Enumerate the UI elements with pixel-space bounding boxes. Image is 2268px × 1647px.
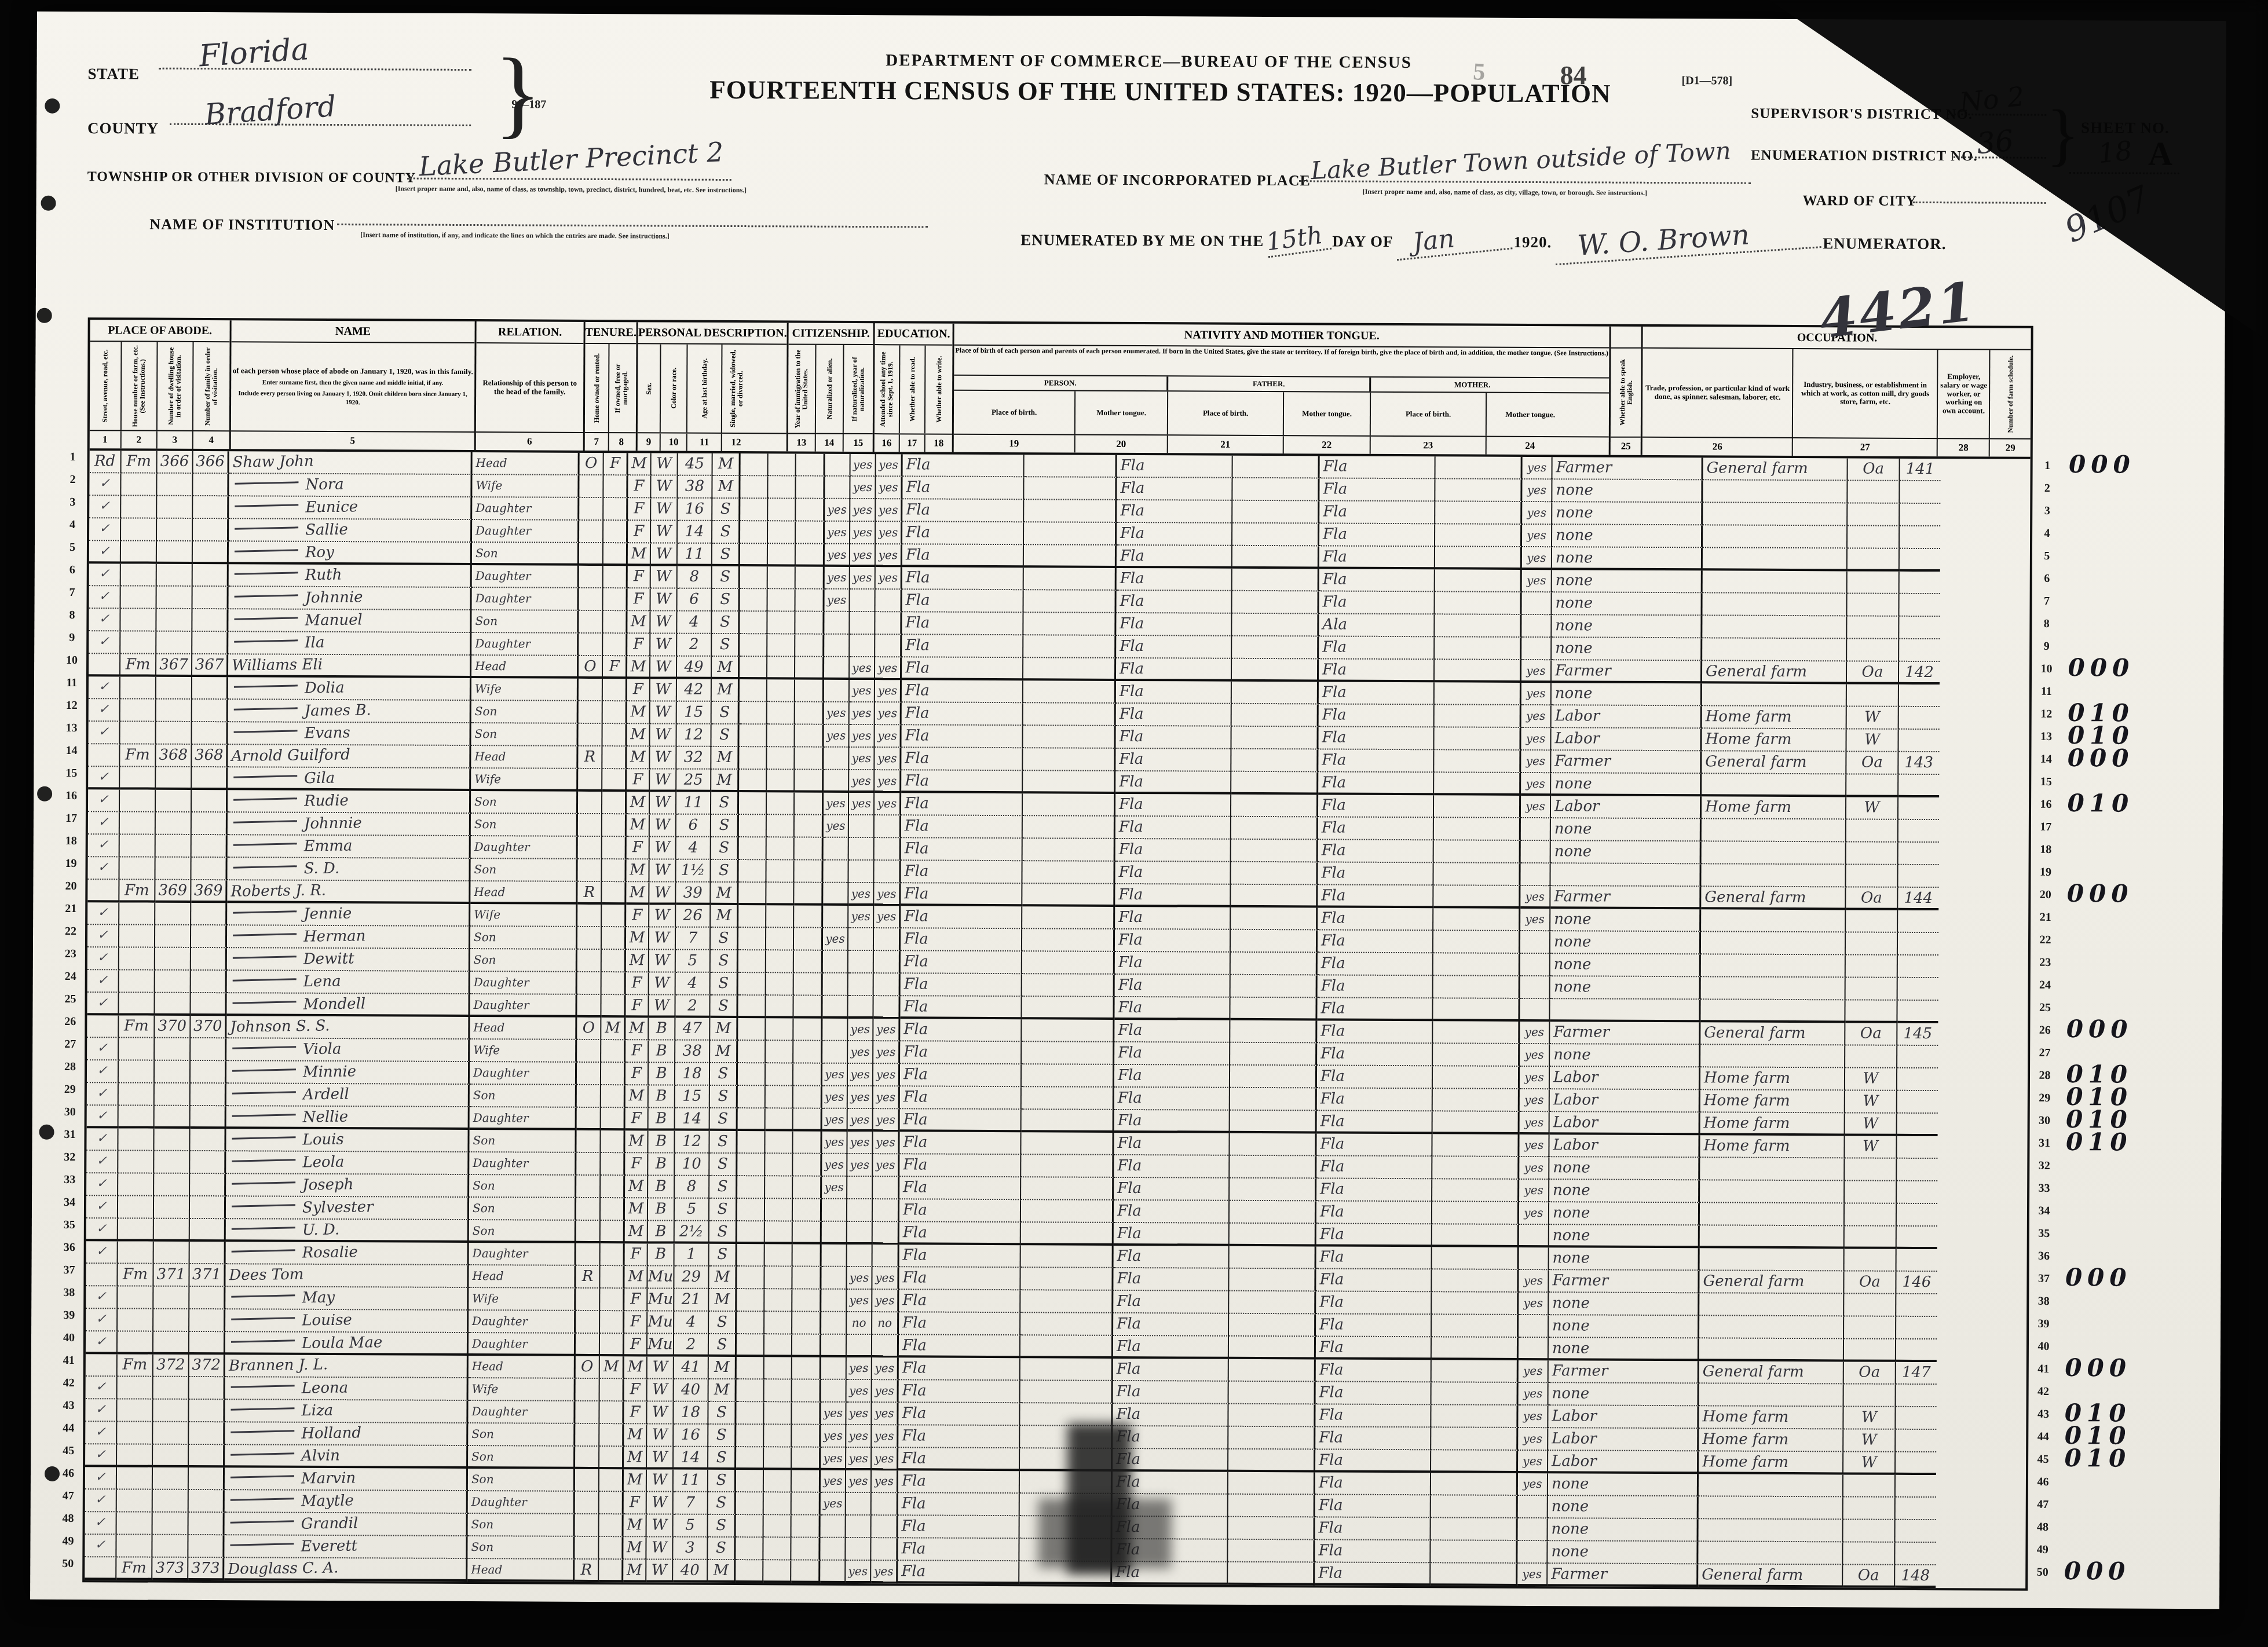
cell-dwelling <box>154 1174 190 1196</box>
cell-age: 15 <box>675 1086 710 1108</box>
cell-fmt <box>1232 682 1319 705</box>
cell-race: W <box>648 1356 674 1379</box>
cell-mmt <box>1435 502 1522 525</box>
cell-name: Loula Mae <box>225 1332 469 1356</box>
cell-street: ✓ <box>89 609 120 631</box>
line-number-left-38: 38 <box>54 1282 83 1304</box>
cell-dwelling <box>153 1332 189 1355</box>
cell-age: 38 <box>678 476 712 499</box>
cell-mpob: Fla <box>1318 817 1434 840</box>
line-number-right-24: 24 <box>2031 974 2060 997</box>
cell-own <box>577 1063 601 1085</box>
cell-mpob: Fla <box>1316 1337 1432 1360</box>
cell-house <box>119 1083 155 1106</box>
cell-school <box>822 996 848 1019</box>
cell-ind: General farm <box>1700 1022 1845 1045</box>
cell-imm <box>740 679 767 702</box>
cell-eng: yes <box>1521 660 1552 683</box>
margin-stamp-20: 000 <box>2060 884 2159 907</box>
cell-farm <box>1898 797 1939 820</box>
cell-mpob: Fla <box>1318 795 1434 818</box>
incorporated-value: Lake Butler Town outside of Town <box>1310 137 1732 185</box>
cell-emp: W <box>1846 729 1898 752</box>
cell-read <box>847 1335 872 1357</box>
cell-fmt <box>1229 1314 1316 1337</box>
cell-pob: Fla <box>901 928 1022 951</box>
cell-ind: Home farm <box>1702 796 1846 819</box>
cell-nat <box>766 1018 793 1041</box>
cell-own <box>575 1514 599 1537</box>
cell-nat <box>766 1086 793 1108</box>
cell-ind <box>1699 1316 1844 1339</box>
cell-mt <box>1020 1381 1113 1404</box>
cell-nat <box>766 1108 793 1131</box>
cell-mort <box>599 1492 624 1514</box>
cell-mort <box>600 1379 624 1401</box>
cell-emp <box>1845 1226 1897 1249</box>
cell-emp <box>1843 1520 1895 1542</box>
line-number-left-37: 37 <box>54 1259 83 1282</box>
cell-own <box>578 814 602 837</box>
institution-note: [Insert name of institution, if any, and… <box>360 230 928 241</box>
cell-race: W <box>650 792 676 814</box>
cell-mar: M <box>712 657 740 679</box>
cell-street: ✓ <box>87 1106 119 1128</box>
cell-house <box>119 970 155 993</box>
cell-fpob: Fla <box>1115 726 1231 749</box>
cell-age: 40 <box>674 1379 709 1402</box>
cell-mort <box>603 566 628 588</box>
cell-fpob: Fla <box>1113 1313 1229 1337</box>
cell-age: 10 <box>675 1154 709 1176</box>
cell-mar: M <box>712 476 740 499</box>
cell-mpob: Fla <box>1318 840 1434 863</box>
cell-name: Manuel <box>228 609 471 633</box>
cell-fmt <box>1231 840 1318 863</box>
cell-mar: S <box>711 950 738 973</box>
cell-nat <box>764 1357 792 1379</box>
cell-house <box>121 563 157 586</box>
cell-fpob: Fla <box>1114 1133 1230 1156</box>
cell-pob: Fla <box>901 838 1023 861</box>
cell-farm <box>1899 639 1940 662</box>
cell-dwelling: 369 <box>155 880 191 903</box>
margin-stamp-10: 000 <box>2061 658 2159 681</box>
margin-stamp-26: 000 <box>2060 1019 2158 1042</box>
cell-own: O <box>576 1356 600 1379</box>
cell-sex: M <box>627 656 650 679</box>
cell-emp: W <box>1845 1136 1897 1158</box>
incorporated-note: [Insert proper name and, also, name of c… <box>1363 188 1768 198</box>
cell-fmt <box>1228 1562 1315 1586</box>
cell-mmt <box>1432 1382 1519 1406</box>
cell-eng: yes <box>1519 1202 1549 1225</box>
cell-imm <box>738 860 766 883</box>
cell-farm <box>1896 1475 1936 1498</box>
cell-fpob: Fla <box>1114 1178 1230 1201</box>
cell-imm <box>738 1041 766 1063</box>
cell-street: ✓ <box>85 1489 117 1512</box>
cell-fpob: Fla <box>1115 907 1231 930</box>
cell-street: ✓ <box>85 1512 117 1535</box>
cell-imm <box>741 453 769 476</box>
cell-mpob: Fla <box>1316 1178 1432 1202</box>
cell-rel: Wife <box>469 1378 576 1401</box>
cell-dwelling <box>155 903 191 925</box>
cell-write: yes <box>872 1470 898 1493</box>
cell-ind: Home farm <box>1700 1090 1845 1113</box>
margin-stamp-14: 000 <box>2061 748 2159 771</box>
cell-write: yes <box>873 1109 900 1132</box>
margin-stamp-8 <box>2061 613 2160 636</box>
cell-read <box>847 1177 873 1199</box>
cell-family: 366 <box>193 451 229 474</box>
cell-race: W <box>650 611 677 634</box>
cell-mar: S <box>711 860 738 883</box>
cell-mpob: Ala <box>1319 614 1435 637</box>
cell-occ: Farmer <box>1550 886 1701 909</box>
cell-natyr <box>794 973 823 995</box>
cell-rel: Son <box>471 814 578 837</box>
cell-read <box>847 1245 873 1267</box>
cell-mt <box>1020 1313 1113 1336</box>
cell-school <box>824 612 850 635</box>
cell-own <box>577 905 602 927</box>
cell-own <box>579 701 603 724</box>
cell-school: yes <box>824 590 850 612</box>
cell-name: Johnnie <box>228 587 471 610</box>
cell-imm <box>737 1334 764 1357</box>
cell-nat <box>766 1041 793 1063</box>
cell-mmt <box>1432 1202 1519 1225</box>
cell-pob: Fla <box>900 1086 1022 1110</box>
cell-house <box>118 1196 154 1218</box>
cell-ind <box>1698 1519 1843 1542</box>
cell-school <box>821 1357 847 1380</box>
cell-natyr <box>795 702 824 724</box>
cell-fpob: Fla <box>1116 704 1232 727</box>
line-number-left-44: 44 <box>54 1417 83 1440</box>
cell-street: ✓ <box>85 1535 116 1557</box>
cell-street: ✓ <box>85 1444 117 1467</box>
cell-race: W <box>647 1492 674 1514</box>
cell-occ: none <box>1552 615 1702 638</box>
plate-code: [D1—578] <box>1681 74 1732 87</box>
line-number-right-42: 42 <box>2029 1381 2058 1403</box>
cell-fpob: Fla <box>1113 1291 1229 1314</box>
cell-race: B <box>648 1198 675 1221</box>
cell-mpob: Fla <box>1315 1495 1431 1518</box>
cell-imm <box>740 476 768 499</box>
cell-mt <box>1023 816 1115 839</box>
cell-mt <box>1023 703 1116 726</box>
cell-mort <box>602 814 627 837</box>
cell-mort <box>602 724 627 746</box>
cell-mort <box>603 634 627 656</box>
cell-family <box>191 1038 226 1061</box>
cell-house <box>118 1173 154 1196</box>
cell-rel: Son <box>469 1198 576 1221</box>
cell-family: 367 <box>192 654 228 677</box>
cell-rel: Wife <box>472 475 579 498</box>
cell-family <box>192 609 228 632</box>
cell-imm <box>738 973 766 995</box>
cell-pob: Fla <box>899 1177 1021 1200</box>
cell-farm <box>1899 707 1940 730</box>
cell-name: Emma <box>228 835 471 859</box>
cell-mmt <box>1435 547 1522 570</box>
cell-nat <box>768 566 796 589</box>
enumeration-district-label: Enumeration District No. <box>1751 148 1978 165</box>
cell-imm <box>737 1357 764 1379</box>
cell-read: yes <box>851 454 876 477</box>
line-number-left-7: 7 <box>58 581 87 604</box>
cell-emp <box>1845 1045 1897 1068</box>
margin-stamp-45: 010 <box>2057 1448 2156 1472</box>
cell-race: W <box>649 995 675 1018</box>
cell-family <box>190 1129 226 1151</box>
cell-race: Mu <box>648 1289 674 1311</box>
cell-write: yes <box>875 770 901 793</box>
cell-mar: S <box>712 702 740 724</box>
cell-occ: none <box>1550 931 1701 954</box>
cell-sex: F <box>624 1492 647 1514</box>
cell-eng: yes <box>1520 1067 1550 1089</box>
cell-read: yes <box>848 906 874 928</box>
cell-dwelling <box>153 1309 189 1332</box>
line-number-right-27: 27 <box>2031 1042 2060 1064</box>
line-number-right-28: 28 <box>2030 1064 2059 1087</box>
cell-dwelling <box>153 1490 189 1513</box>
cell-occ: none <box>1549 1247 1700 1271</box>
line-number-left-3: 3 <box>58 491 87 514</box>
cell-mort <box>601 1243 625 1266</box>
cell-house <box>118 1286 153 1309</box>
cell-family <box>192 767 228 790</box>
cell-write: yes <box>872 1267 899 1290</box>
cell-read: yes <box>847 1290 872 1312</box>
cell-mmt <box>1432 1156 1519 1180</box>
cell-house <box>119 857 155 880</box>
cell-street: ✓ <box>86 1151 118 1173</box>
line-number-left-46: 46 <box>54 1462 83 1485</box>
cell-sex: F <box>628 566 651 588</box>
line-number-left-16: 16 <box>57 785 86 807</box>
cell-eng <box>1519 1315 1549 1338</box>
cell-own <box>577 995 601 1018</box>
cell-write: yes <box>875 680 902 702</box>
cell-pob: Fla <box>900 1041 1022 1064</box>
cell-emp <box>1847 684 1899 707</box>
cell-own <box>577 1085 601 1108</box>
cell-name: Dees Tom <box>225 1264 469 1288</box>
cell-family <box>189 1445 225 1467</box>
cell-name: Eunice <box>229 496 472 520</box>
cell-house: Fm <box>116 1557 152 1580</box>
cell-fmt <box>1231 975 1318 998</box>
cell-pob: Fla <box>900 996 1022 1019</box>
cell-rel: Daughter <box>471 633 579 656</box>
cell-imm <box>737 1154 765 1176</box>
cell-school <box>821 1335 847 1357</box>
cell-mpob: Fla <box>1319 546 1435 569</box>
cell-name: Shaw John <box>229 451 473 475</box>
cell-race: B <box>648 1243 675 1266</box>
cell-school: yes <box>824 815 849 838</box>
cell-nat <box>766 905 794 928</box>
cell-mar: M <box>713 453 741 476</box>
cell-mort <box>599 1514 624 1537</box>
cell-mmt <box>1433 1066 1520 1089</box>
cell-family <box>189 1400 225 1422</box>
cell-house: Fm <box>118 1354 153 1377</box>
line-number-right-30: 30 <box>2030 1110 2059 1132</box>
cell-mmt <box>1435 569 1522 592</box>
line-number-left-9: 9 <box>57 627 86 649</box>
cell-name: Ruth <box>229 564 472 588</box>
cell-occ: none <box>1549 1338 1699 1361</box>
cell-family <box>189 1287 225 1309</box>
cell-house: Fm <box>120 654 156 676</box>
cell-age: 2 <box>677 634 712 657</box>
line-number-left-6: 6 <box>58 559 87 581</box>
cell-name: Arnold Guilford <box>228 745 471 768</box>
cell-mt <box>1023 680 1116 704</box>
cell-house <box>120 767 156 789</box>
cell-street <box>87 880 119 902</box>
cell-ind <box>1699 1474 1843 1497</box>
cell-rel: Daughter <box>472 497 579 521</box>
cell-emp <box>1846 842 1898 865</box>
cell-mort: F <box>604 453 628 475</box>
cell-rel: Son <box>471 791 578 814</box>
group-personal-description-title: PERSONAL DESCRIPTION. <box>638 322 787 345</box>
cell-natyr <box>794 860 823 883</box>
cell-school <box>821 1312 847 1335</box>
line-number-left-10: 10 <box>57 649 86 672</box>
cell-own <box>578 837 602 859</box>
cell-eng: yes <box>1517 1564 1548 1586</box>
punch-hole <box>37 308 52 323</box>
cell-mar: M <box>709 1267 737 1289</box>
cell-occ: none <box>1548 1518 1698 1542</box>
cell-mpob: Fla <box>1316 1382 1432 1405</box>
cell-pob: Fla <box>902 477 1024 500</box>
cell-fpob: Fla <box>1116 591 1232 614</box>
cell-mort <box>603 521 628 543</box>
cell-mort <box>603 543 628 566</box>
cell-imm <box>740 566 768 589</box>
line-number-left-47: 47 <box>54 1485 83 1507</box>
cell-farm <box>1899 594 1940 617</box>
cell-ind: Home farm <box>1700 1067 1845 1090</box>
cell-mar: S <box>709 1334 737 1357</box>
cell-natyr <box>793 1108 822 1131</box>
cell-emp <box>1845 1158 1897 1181</box>
cell-house: Fm <box>122 451 158 473</box>
cell-fmt <box>1230 1201 1316 1224</box>
cell-nat <box>766 950 794 973</box>
cell-rel: Son <box>468 1514 575 1537</box>
cell-natyr <box>793 1018 822 1041</box>
line-number-right-18: 18 <box>2031 839 2060 861</box>
cell-family <box>192 587 228 609</box>
cell-imm <box>738 1063 766 1086</box>
cell-street: ✓ <box>86 1218 118 1241</box>
cell-emp: Oa <box>1847 661 1899 684</box>
cell-age: 47 <box>675 1018 710 1041</box>
cell-name: Sallie <box>229 519 472 543</box>
cell-family <box>190 1242 226 1264</box>
margin-stamp-1: 000 <box>2062 455 2160 478</box>
cell-street: ✓ <box>87 1060 119 1083</box>
cell-eng: yes <box>1522 457 1552 480</box>
cell-imm <box>738 1108 766 1131</box>
cell-nat <box>764 1267 792 1289</box>
cell-fpob: Fla <box>1115 975 1231 998</box>
cell-mpob: Fla <box>1319 524 1435 547</box>
cell-pob: Fla <box>902 499 1024 522</box>
cell-nat <box>766 995 793 1018</box>
cell-mort <box>601 995 625 1018</box>
cell-mpob: Fla <box>1319 704 1435 727</box>
cell-occ: none <box>1549 1383 1699 1406</box>
cell-race: W <box>650 634 677 656</box>
cell-ind <box>1699 1338 1844 1361</box>
cell-name: Dewitt <box>227 948 470 972</box>
cell-farm: 141 <box>1900 459 1940 481</box>
cell-mmt <box>1432 1224 1519 1247</box>
cell-read <box>849 815 875 838</box>
cell-family <box>190 1151 226 1174</box>
cell-farm <box>1898 956 1938 978</box>
cell-write <box>872 1516 898 1538</box>
cell-pob: Fla <box>903 454 1025 477</box>
cell-name: Louis <box>226 1129 469 1152</box>
cell-mort <box>601 1153 625 1176</box>
cell-farm <box>1900 526 1940 549</box>
cell-mt <box>1020 1290 1113 1313</box>
cell-age: 7 <box>676 928 711 950</box>
cell-pob: Fla <box>899 1199 1021 1223</box>
cell-own <box>576 1176 601 1198</box>
cell-natyr <box>796 453 825 476</box>
cell-mar: S <box>709 1199 737 1221</box>
cell-nat <box>767 612 795 634</box>
cell-fmt <box>1231 907 1318 931</box>
cell-write: yes <box>875 793 901 815</box>
cell-school: yes <box>824 725 849 748</box>
cell-school: yes <box>825 522 850 544</box>
margin-stamp-5 <box>2061 545 2160 568</box>
cell-dwelling <box>157 519 193 541</box>
cell-read: yes <box>849 748 875 770</box>
cell-read: yes <box>847 1154 873 1177</box>
cell-mar: S <box>709 1131 737 1154</box>
line-number-left-4: 4 <box>58 514 87 536</box>
cell-own <box>579 566 603 588</box>
cell-family: 368 <box>192 745 228 767</box>
cell-name: Louise <box>225 1309 469 1333</box>
cell-mar: S <box>708 1538 736 1560</box>
cell-mar: S <box>709 1312 737 1334</box>
cell-mt <box>1023 748 1115 771</box>
cell-mar: S <box>712 634 740 657</box>
line-number-right-17: 17 <box>2031 816 2060 839</box>
cell-mpob: Fla <box>1315 1517 1431 1540</box>
cell-natyr <box>793 1199 822 1221</box>
cell-street: ✓ <box>89 496 121 518</box>
